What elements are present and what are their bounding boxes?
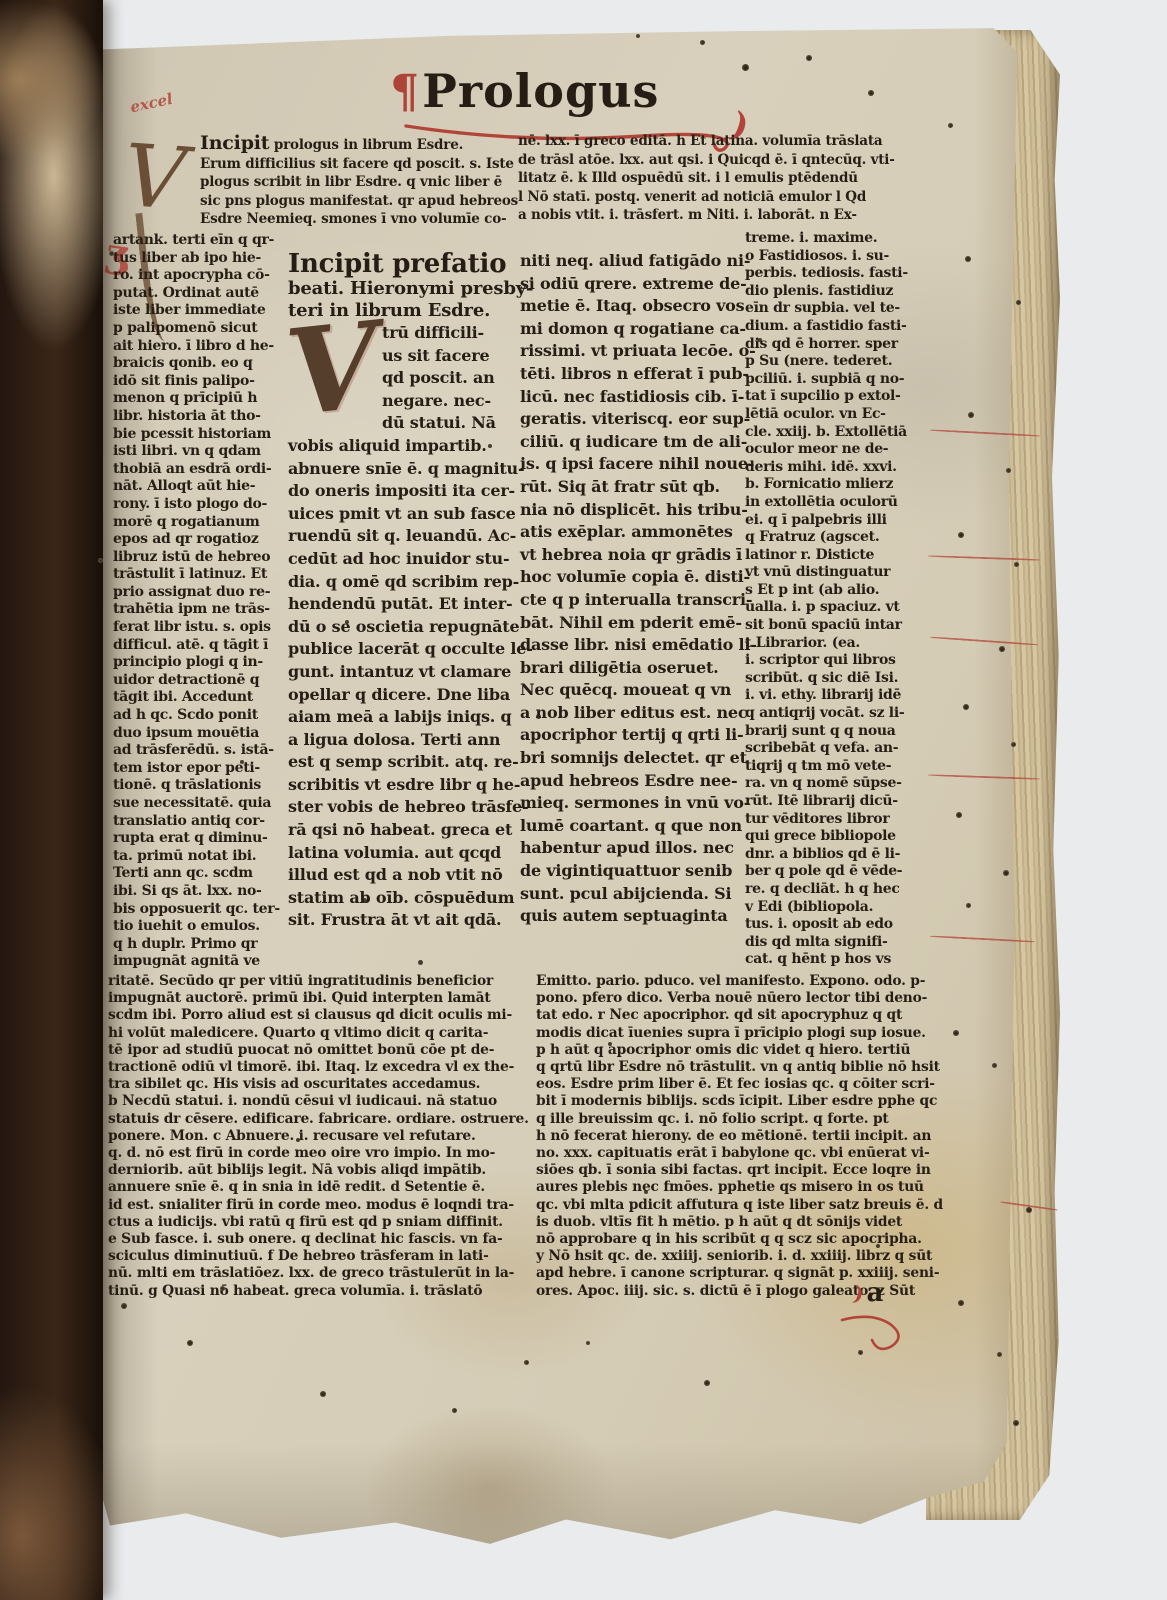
wormhole — [742, 64, 749, 71]
wormhole — [868, 90, 874, 96]
wormhole — [1016, 300, 1021, 305]
prefatio-body: V trū difficili- us sit facere qd poscit… — [288, 322, 538, 932]
main-column-left: Incipit prefatio beati. Hieronymi presby… — [288, 250, 538, 932]
incipit-prologus-block: Incipit prologus in librum Esdre. Erum d… — [200, 134, 545, 229]
ink-speck — [758, 338, 762, 342]
incipit-prologus-lines: Erum difficilius sit facere qd poscit. s… — [200, 155, 545, 229]
ink-speck — [536, 714, 541, 719]
wormhole — [958, 1300, 964, 1306]
wormhole — [452, 1408, 457, 1413]
wormhole — [968, 412, 974, 418]
top-right-commentary: nē. lxx. ī greco editā. h Et latina. vol… — [518, 132, 946, 225]
wormhole — [1013, 1420, 1019, 1426]
wormhole — [1011, 742, 1016, 747]
wormhole — [524, 1360, 529, 1365]
ink-speck — [698, 506, 702, 510]
wormhole — [1003, 870, 1009, 876]
ink-speck — [418, 960, 423, 965]
book-cover-edge — [0, 0, 103, 1600]
signature-flourish-icon — [832, 1310, 922, 1356]
page-title: ¶Prologus — [390, 64, 659, 118]
signature-mark: )a — [854, 1278, 883, 1308]
decorated-initial: V — [282, 317, 387, 438]
ink-speck — [240, 760, 244, 764]
pen-trial-marginalia: excel — [129, 90, 175, 117]
wormhole — [999, 646, 1005, 652]
wormhole — [958, 532, 964, 538]
ink-speck — [876, 1244, 880, 1248]
book-page: ¶Prologus excel ) ʒ V Incipit prologus i… — [72, 22, 1022, 1550]
incipit-prologus-heading: Incipit prologus in librum Esdre. — [200, 134, 545, 155]
wormhole — [997, 1352, 1002, 1357]
wormhole — [956, 812, 962, 818]
left-gloss-column: artank. terti eīn q qr- tus liber ab ipo… — [113, 232, 307, 971]
main-column-right: niti neq. aliud fatigādo ni- si odiū qre… — [520, 250, 774, 928]
wormhole — [109, 251, 114, 256]
prefatio-heading: Incipit prefatio — [288, 250, 538, 278]
decorated-initial-margin: V — [121, 136, 189, 220]
ink-speck — [488, 444, 492, 448]
wormhole — [187, 1340, 193, 1346]
ink-speck — [644, 1190, 648, 1194]
photo-background: ¶Prologus excel ) ʒ V Incipit prologus i… — [0, 0, 1167, 1600]
bottom-commentary-right: Emitto. pario. pduco. vel manifesto. Exp… — [536, 973, 960, 1300]
wormhole — [704, 1380, 710, 1386]
wormhole — [992, 1063, 997, 1068]
bottom-commentary-left: ritatē. Secūdo qr per vitiū ingratitudin… — [108, 973, 538, 1300]
right-gloss-column: treme. i. maxime. o Fastidiosos. i. su- … — [745, 230, 945, 969]
wormhole — [953, 1030, 959, 1036]
wormhole — [121, 1303, 127, 1309]
wormhole — [966, 903, 971, 908]
ink-speck — [296, 1138, 300, 1142]
ink-speck — [608, 1042, 612, 1046]
wormhole — [858, 1350, 863, 1355]
wormhole — [963, 704, 969, 710]
wormhole — [965, 256, 971, 262]
ink-speck — [345, 620, 349, 624]
wormhole — [806, 55, 812, 61]
wormhole — [1026, 1207, 1032, 1213]
wormhole — [636, 34, 640, 38]
wormhole — [586, 1341, 590, 1345]
pilcrow-rubric-icon: ¶ — [390, 64, 420, 118]
rubric-paraph-icon: ) — [851, 1281, 866, 1307]
wormhole — [700, 40, 705, 45]
ink-speck — [362, 898, 367, 903]
wormhole — [98, 558, 103, 563]
wormhole — [320, 1391, 326, 1397]
wormhole — [220, 1286, 225, 1291]
wormhole — [1006, 468, 1011, 473]
wormhole — [948, 123, 953, 128]
wormhole — [1014, 562, 1019, 567]
